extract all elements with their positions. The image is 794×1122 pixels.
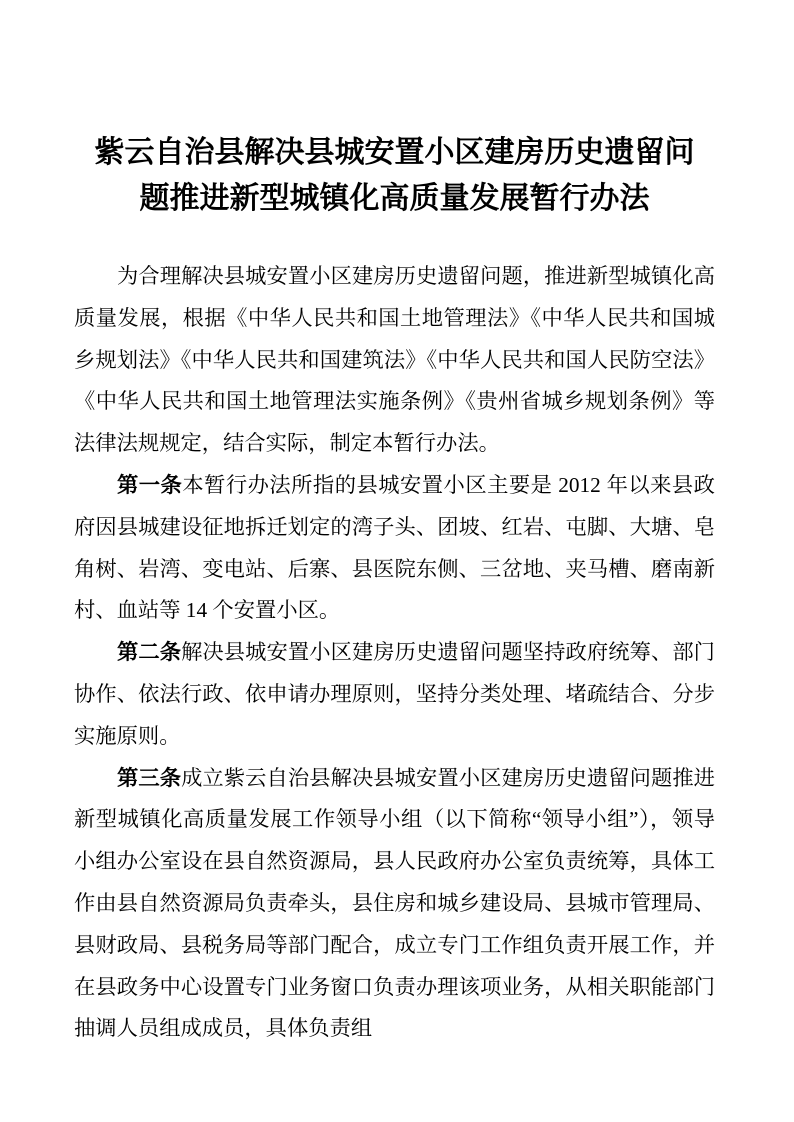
paragraph-text: 成立紫云自治县解决县城安置小区建房历史遗留问题推进新型城镇化高质量发展工作领导小… xyxy=(74,766,715,1041)
article-1-paragraph: 第一条本暂行办法所指的县城安置小区主要是 2012 年以来县政府因县城建设征地拆… xyxy=(74,465,715,632)
title-line-2: 题推进新型城镇化高质量发展暂行办法 xyxy=(140,182,650,215)
article-2-paragraph: 第二条解决县城安置小区建房历史遗留问题坚持政府统筹、部门协作、依法行政、依申请办… xyxy=(74,632,715,757)
article-2-lead: 第二条 xyxy=(117,640,181,664)
document-page: 紫云自治县解决县城安置小区建房历史遗留问题推进新型城镇化高质量发展暂行办法 为合… xyxy=(0,0,794,1122)
document-title: 紫云自治县解决县城安置小区建房历史遗留问题推进新型城镇化高质量发展暂行办法 xyxy=(74,130,715,222)
intro-paragraph: 为合理解决县城安置小区建房历史遗留问题，推进新型城镇化高质量发展，根据《中华人民… xyxy=(74,256,715,465)
article-3-lead: 第三条 xyxy=(117,766,181,790)
paragraph-text: 为合理解决县城安置小区建房历史遗留问题，推进新型城镇化高质量发展，根据《中华人民… xyxy=(74,264,715,455)
article-3-paragraph: 第三条成立紫云自治县解决县城安置小区建房历史遗留问题推进新型城镇化高质量发展工作… xyxy=(74,758,715,1051)
article-1-lead: 第一条 xyxy=(117,473,182,497)
title-line-1: 紫云自治县解决县城安置小区建房历史遗留问 xyxy=(95,136,695,169)
